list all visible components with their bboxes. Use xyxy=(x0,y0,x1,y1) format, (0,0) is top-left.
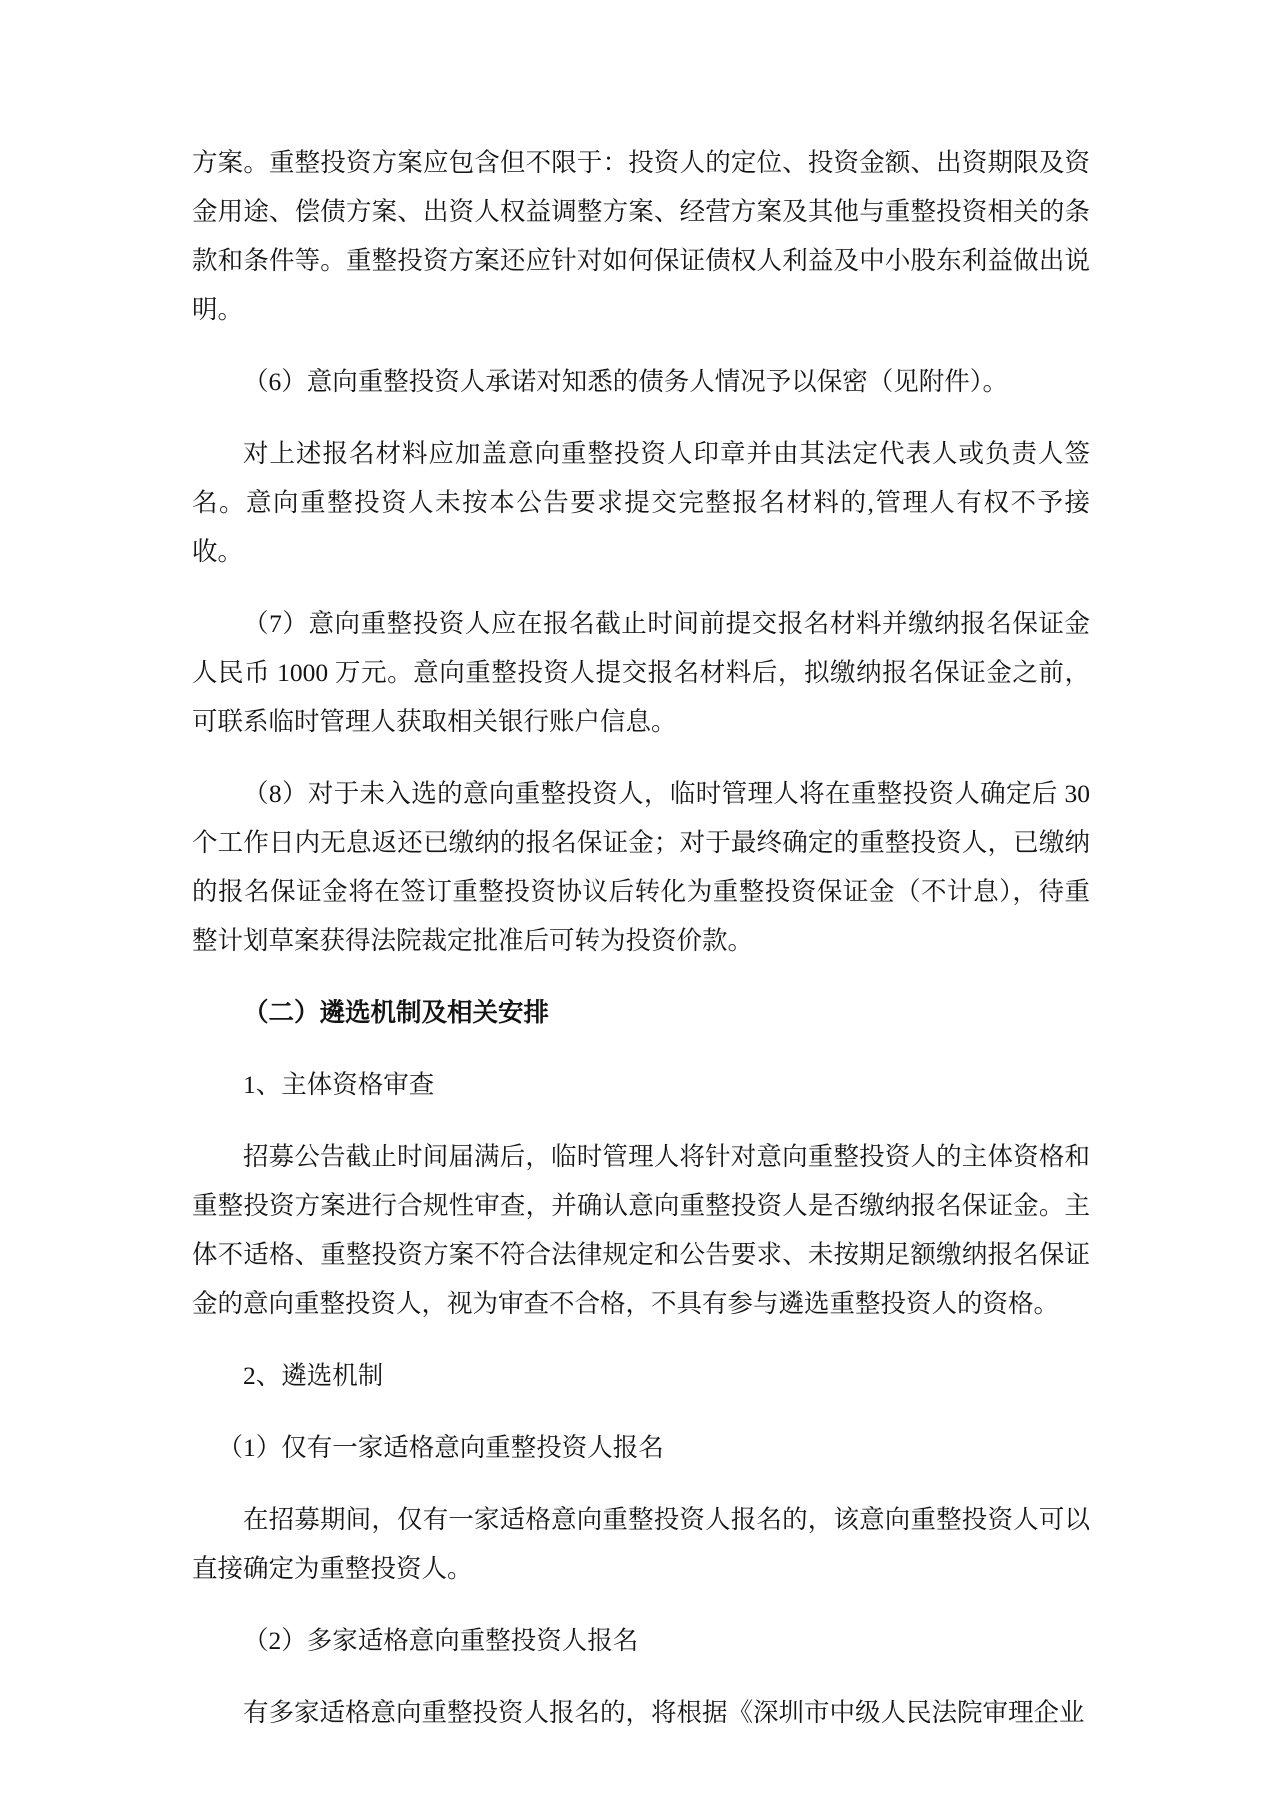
paragraph-item-8: （8）对于未入选的意向重整投资人，临时管理人将在重整投资人确定后 30 个工作日… xyxy=(192,769,1090,965)
paragraph-signing-requirement: 对上述报名材料应加盖意向重整投资人印章并由其法定代表人或负责人签名。意向重整投资… xyxy=(192,429,1090,576)
document-body: 方案。重整投资方案应包含但不限于：投资人的定位、投资金额、出资期限及资金用途、偿… xyxy=(192,138,1090,1737)
sub-heading-2: 2、遴选机制 xyxy=(192,1351,1090,1400)
paragraph-item-7: （7）意向重整投资人应在报名截止时间前提交报名材料并缴纳报名保证金人民币 100… xyxy=(192,599,1090,746)
paragraph-continuation: 方案。重整投资方案应包含但不限于：投资人的定位、投资金额、出资期限及资金用途、偿… xyxy=(192,138,1090,334)
paragraph-multiple-investors: 有多家适格意向重整投资人报名的，将根据《深圳市中级人民法院审理企业 xyxy=(192,1688,1090,1737)
sub-heading-1: 1、主体资格审查 xyxy=(192,1060,1090,1109)
paragraph-qualification-review: 招募公告截止时间届满后，临时管理人将针对意向重整投资人的主体资格和重整投资方案进… xyxy=(192,1132,1090,1328)
item-heading-2: （2）多家适格意向重整投资人报名 xyxy=(192,1616,1090,1665)
document-page: 方案。重整投资方案应包含但不限于：投资人的定位、投资金额、出资期限及资金用途、偿… xyxy=(0,0,1280,1810)
paragraph-item-6: （6）意向重整投资人承诺对知悉的债务人情况予以保密（见附件）。 xyxy=(192,357,1090,406)
paragraph-single-investor: 在招募期间，仅有一家适格意向重整投资人报名的，该意向重整投资人可以直接确定为重整… xyxy=(192,1495,1090,1593)
item-heading-1: （1）仅有一家适格意向重整投资人报名 xyxy=(192,1423,1090,1472)
section-heading: （二）遴选机制及相关安排 xyxy=(192,988,1090,1037)
